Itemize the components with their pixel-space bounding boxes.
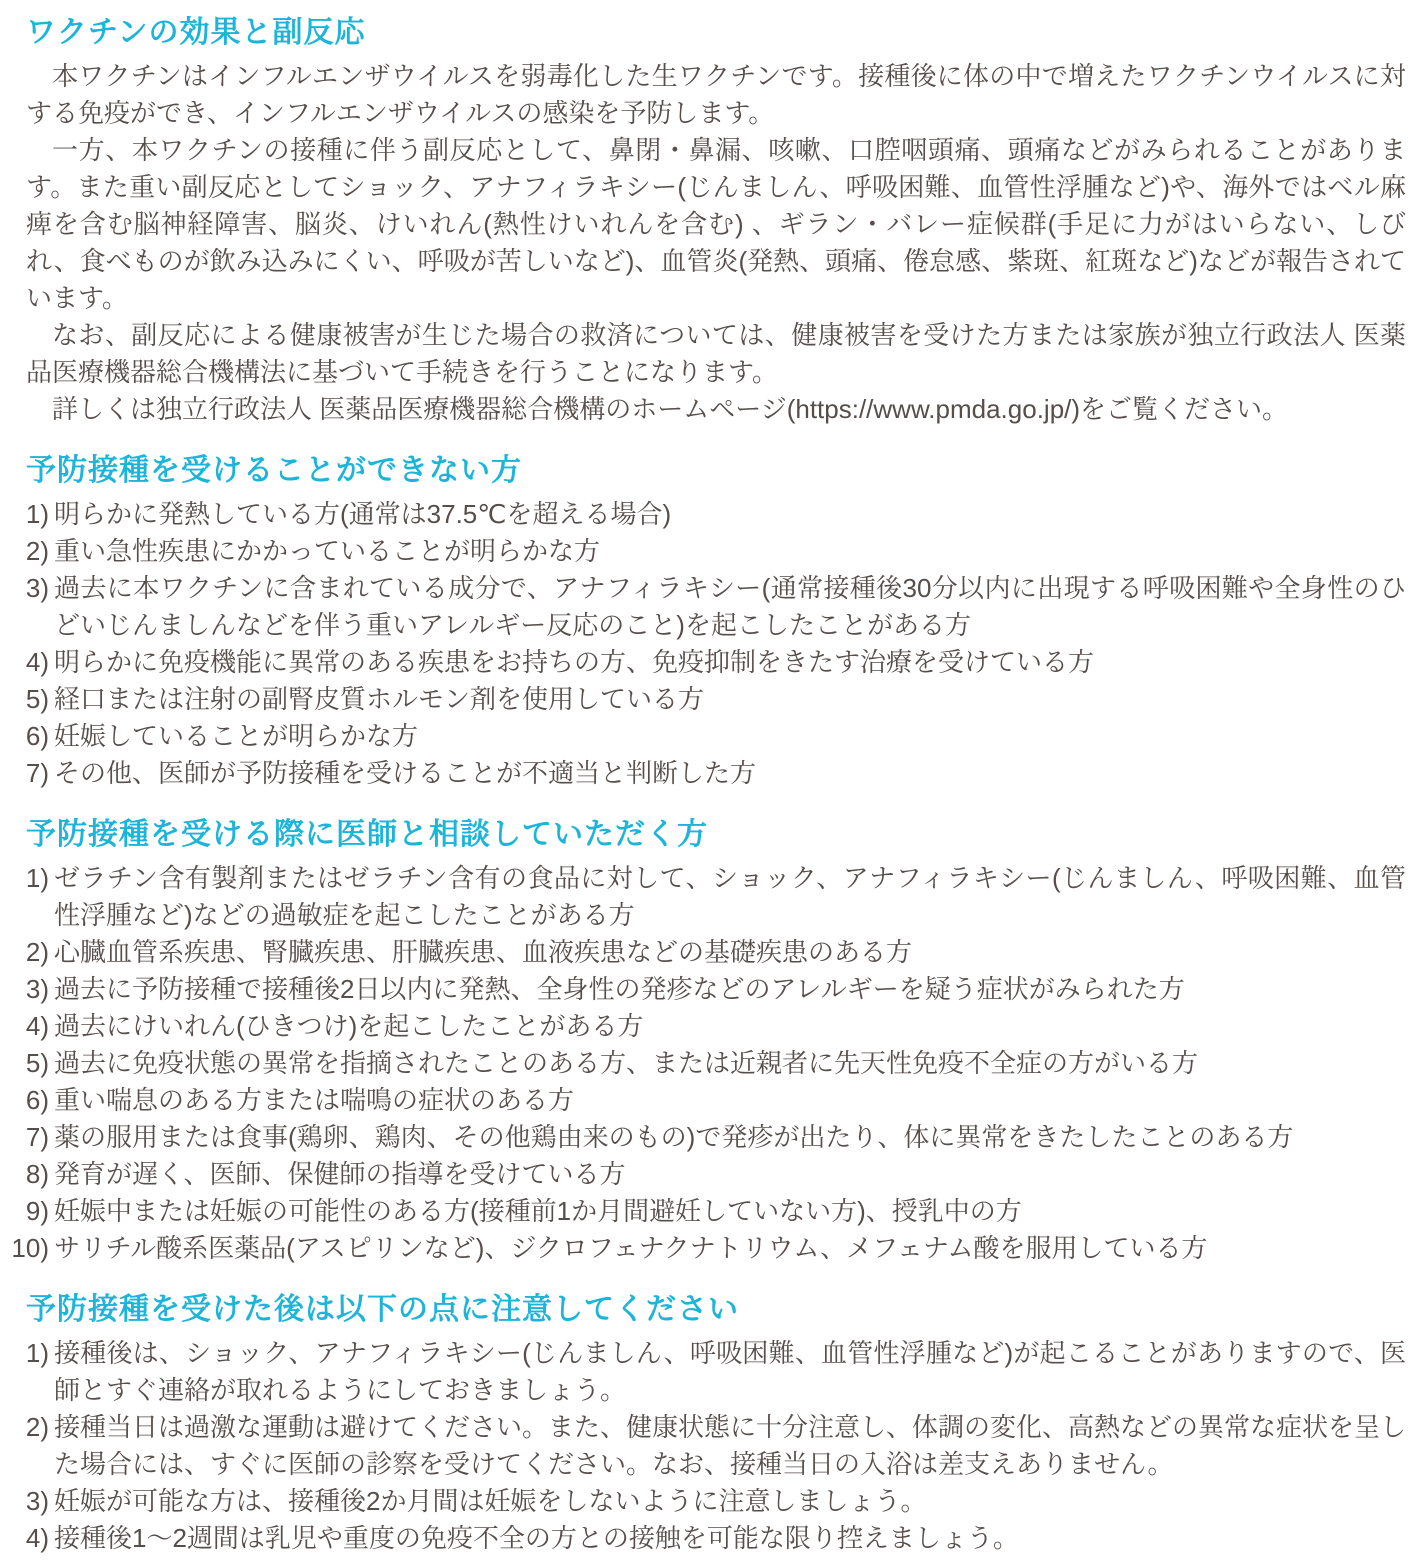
section-consult-doctor: 予防接種を受ける際に医師と相談していただく方 1) ゼラチン含有製剤またはゼラチ…: [0, 814, 1406, 1267]
item-number: 4): [0, 644, 54, 681]
list-item: 9) 妊娠中または妊娠の可能性のある方(接種前1か月間避妊していない方)、授乳中…: [0, 1193, 1406, 1230]
item-number: 8): [0, 1156, 54, 1193]
item-number: 2): [0, 934, 54, 971]
item-number: 6): [0, 1082, 54, 1119]
item-text: 接種当日は過激な運動は避けてください。また、健康状態に十分注意し、体調の変化、高…: [54, 1409, 1406, 1483]
section-heading: 予防接種を受ける際に医師と相談していただく方: [26, 814, 1406, 856]
section-vaccine-effects: ワクチンの効果と副反応 本ワクチンはインフルエンザウイルスを弱毒化した生ワクチン…: [0, 12, 1406, 428]
paragraph: 一方、本ワクチンの接種に伴う副反応として、鼻閉・鼻漏、咳嗽、口腔咽頭痛、頭痛など…: [26, 132, 1406, 317]
list-item: 10) サリチル酸系医薬品(アスピリンなど)、ジクロフェナクナトリウム、メフェナ…: [0, 1230, 1406, 1267]
section-heading: ワクチンの効果と副反応: [26, 12, 1406, 54]
numbered-list: 1) 接種後は、ショック、アナフィラキシー(じんましん、呼吸困難、血管性浮腫など…: [0, 1335, 1406, 1557]
item-text: 妊娠が可能な方は、接種後2か月間は妊娠をしないように注意しましょう。: [54, 1483, 1406, 1520]
item-number: 2): [0, 533, 54, 570]
paragraph: なお、副反応による健康被害が生じた場合の救済については、健康被害を受けた方または…: [26, 317, 1406, 391]
item-text: 妊娠していることが明らかな方: [54, 718, 1406, 755]
numbered-list: 1) 明らかに発熱している方(通常は37.5℃を超える場合) 2) 重い急性疾患…: [0, 496, 1406, 792]
section-after-vaccination: 予防接種を受けた後は以下の点に注意してください 1) 接種後は、ショック、アナフ…: [0, 1289, 1406, 1557]
item-number: 3): [0, 971, 54, 1008]
item-text: 薬の服用または食事(鶏卵、鶏肉、その他鶏由来のもの)で発疹が出たり、体に異常をき…: [54, 1119, 1406, 1156]
list-item: 4) 明らかに免疫機能に異常のある疾患をお持ちの方、免疫抑制をきたす治療を受けて…: [0, 644, 1406, 681]
list-item: 6) 重い喘息のある方または喘鳴の症状のある方: [0, 1082, 1406, 1119]
list-item: 7) その他、医師が予防接種を受けることが不適当と判断した方: [0, 755, 1406, 792]
item-number: 9): [0, 1193, 54, 1230]
item-text: ゼラチン含有製剤またはゼラチン含有の食品に対して、ショック、アナフィラキシー(じ…: [54, 860, 1406, 934]
item-text: 明らかに免疫機能に異常のある疾患をお持ちの方、免疫抑制をきたす治療を受けている方: [54, 644, 1406, 681]
item-text: 重い急性疾患にかかっていることが明らかな方: [54, 533, 1406, 570]
item-text: 経口または注射の副腎皮質ホルモン剤を使用している方: [54, 681, 1406, 718]
item-text: 妊娠中または妊娠の可能性のある方(接種前1か月間避妊していない方)、授乳中の方: [54, 1193, 1406, 1230]
list-item: 5) 経口または注射の副腎皮質ホルモン剤を使用している方: [0, 681, 1406, 718]
item-number: 1): [0, 860, 54, 897]
list-item: 3) 妊娠が可能な方は、接種後2か月間は妊娠をしないように注意しましょう。: [0, 1483, 1406, 1520]
item-number: 3): [0, 1483, 54, 1520]
list-item: 4) 過去にけいれん(ひきつけ)を起こしたことがある方: [0, 1008, 1406, 1045]
paragraph-pmda-url: 詳しくは独立行政法人 医薬品医療機器総合機構のホームページ(https://ww…: [26, 391, 1406, 428]
list-item: 3) 過去に本ワクチンに含まれている成分で、アナフィラキシー(通常接種後30分以…: [0, 570, 1406, 644]
item-text: 過去に免疫状態の異常を指摘されたことのある方、または近親者に先天性免疫不全症の方…: [54, 1045, 1406, 1082]
item-number: 2): [0, 1409, 54, 1446]
item-text: その他、医師が予防接種を受けることが不適当と判断した方: [54, 755, 1406, 792]
list-item: 1) 明らかに発熱している方(通常は37.5℃を超える場合): [0, 496, 1406, 533]
list-item: 4) 接種後1～2週間は乳児や重度の免疫不全の方との接触を可能な限り控えましょう…: [0, 1520, 1406, 1557]
item-text: 過去に予防接種で接種後2日以内に発熱、全身性の発疹などのアレルギーを疑う症状がみ…: [54, 971, 1406, 1008]
list-item: 3) 過去に予防接種で接種後2日以内に発熱、全身性の発疹などのアレルギーを疑う症…: [0, 971, 1406, 1008]
list-item: 1) ゼラチン含有製剤またはゼラチン含有の食品に対して、ショック、アナフィラキシ…: [0, 860, 1406, 934]
list-item: 6) 妊娠していることが明らかな方: [0, 718, 1406, 755]
list-item: 5) 過去に免疫状態の異常を指摘されたことのある方、または近親者に先天性免疫不全…: [0, 1045, 1406, 1082]
item-number: 1): [0, 1335, 54, 1372]
item-number: 5): [0, 1045, 54, 1082]
item-number: 7): [0, 755, 54, 792]
item-number: 10): [0, 1230, 54, 1267]
item-number: 4): [0, 1520, 54, 1557]
item-text: 過去に本ワクチンに含まれている成分で、アナフィラキシー(通常接種後30分以内に出…: [54, 570, 1406, 644]
item-text: 発育が遅く、医師、保健師の指導を受けている方: [54, 1156, 1406, 1193]
list-item: 8) 発育が遅く、医師、保健師の指導を受けている方: [0, 1156, 1406, 1193]
item-number: 4): [0, 1008, 54, 1045]
item-number: 3): [0, 570, 54, 607]
section-heading: 予防接種を受けた後は以下の点に注意してください: [26, 1289, 1406, 1331]
item-text: 過去にけいれん(ひきつけ)を起こしたことがある方: [54, 1008, 1406, 1045]
list-item: 2) 重い急性疾患にかかっていることが明らかな方: [0, 533, 1406, 570]
item-text: 心臓血管系疾患、腎臓疾患、肝臓疾患、血液疾患などの基礎疾患のある方: [54, 934, 1406, 971]
item-number: 1): [0, 496, 54, 533]
item-text: 重い喘息のある方または喘鳴の症状のある方: [54, 1082, 1406, 1119]
item-text: 接種後1～2週間は乳児や重度の免疫不全の方との接触を可能な限り控えましょう。: [54, 1520, 1406, 1557]
item-text: 明らかに発熱している方(通常は37.5℃を超える場合): [54, 496, 1406, 533]
list-item: 2) 接種当日は過激な運動は避けてください。また、健康状態に十分注意し、体調の変…: [0, 1409, 1406, 1483]
item-number: 5): [0, 681, 54, 718]
document: ワクチンの効果と副反応 本ワクチンはインフルエンザウイルスを弱毒化した生ワクチン…: [0, 0, 1420, 1565]
list-item: 1) 接種後は、ショック、アナフィラキシー(じんましん、呼吸困難、血管性浮腫など…: [0, 1335, 1406, 1409]
list-item: 7) 薬の服用または食事(鶏卵、鶏肉、その他鶏由来のもの)で発疹が出たり、体に異…: [0, 1119, 1406, 1156]
numbered-list: 1) ゼラチン含有製剤またはゼラチン含有の食品に対して、ショック、アナフィラキシ…: [0, 860, 1406, 1267]
list-item: 2) 心臓血管系疾患、腎臓疾患、肝臓疾患、血液疾患などの基礎疾患のある方: [0, 934, 1406, 971]
item-text: サリチル酸系医薬品(アスピリンなど)、ジクロフェナクナトリウム、メフェナム酸を服…: [54, 1230, 1406, 1267]
item-text: 接種後は、ショック、アナフィラキシー(じんましん、呼吸困難、血管性浮腫など)が起…: [54, 1335, 1406, 1409]
section-cannot-receive: 予防接種を受けることができない方 1) 明らかに発熱している方(通常は37.5℃…: [0, 450, 1406, 792]
section-heading: 予防接種を受けることができない方: [26, 450, 1406, 492]
item-number: 6): [0, 718, 54, 755]
paragraph: 本ワクチンはインフルエンザウイルスを弱毒化した生ワクチンです。接種後に体の中で増…: [26, 58, 1406, 132]
item-number: 7): [0, 1119, 54, 1156]
